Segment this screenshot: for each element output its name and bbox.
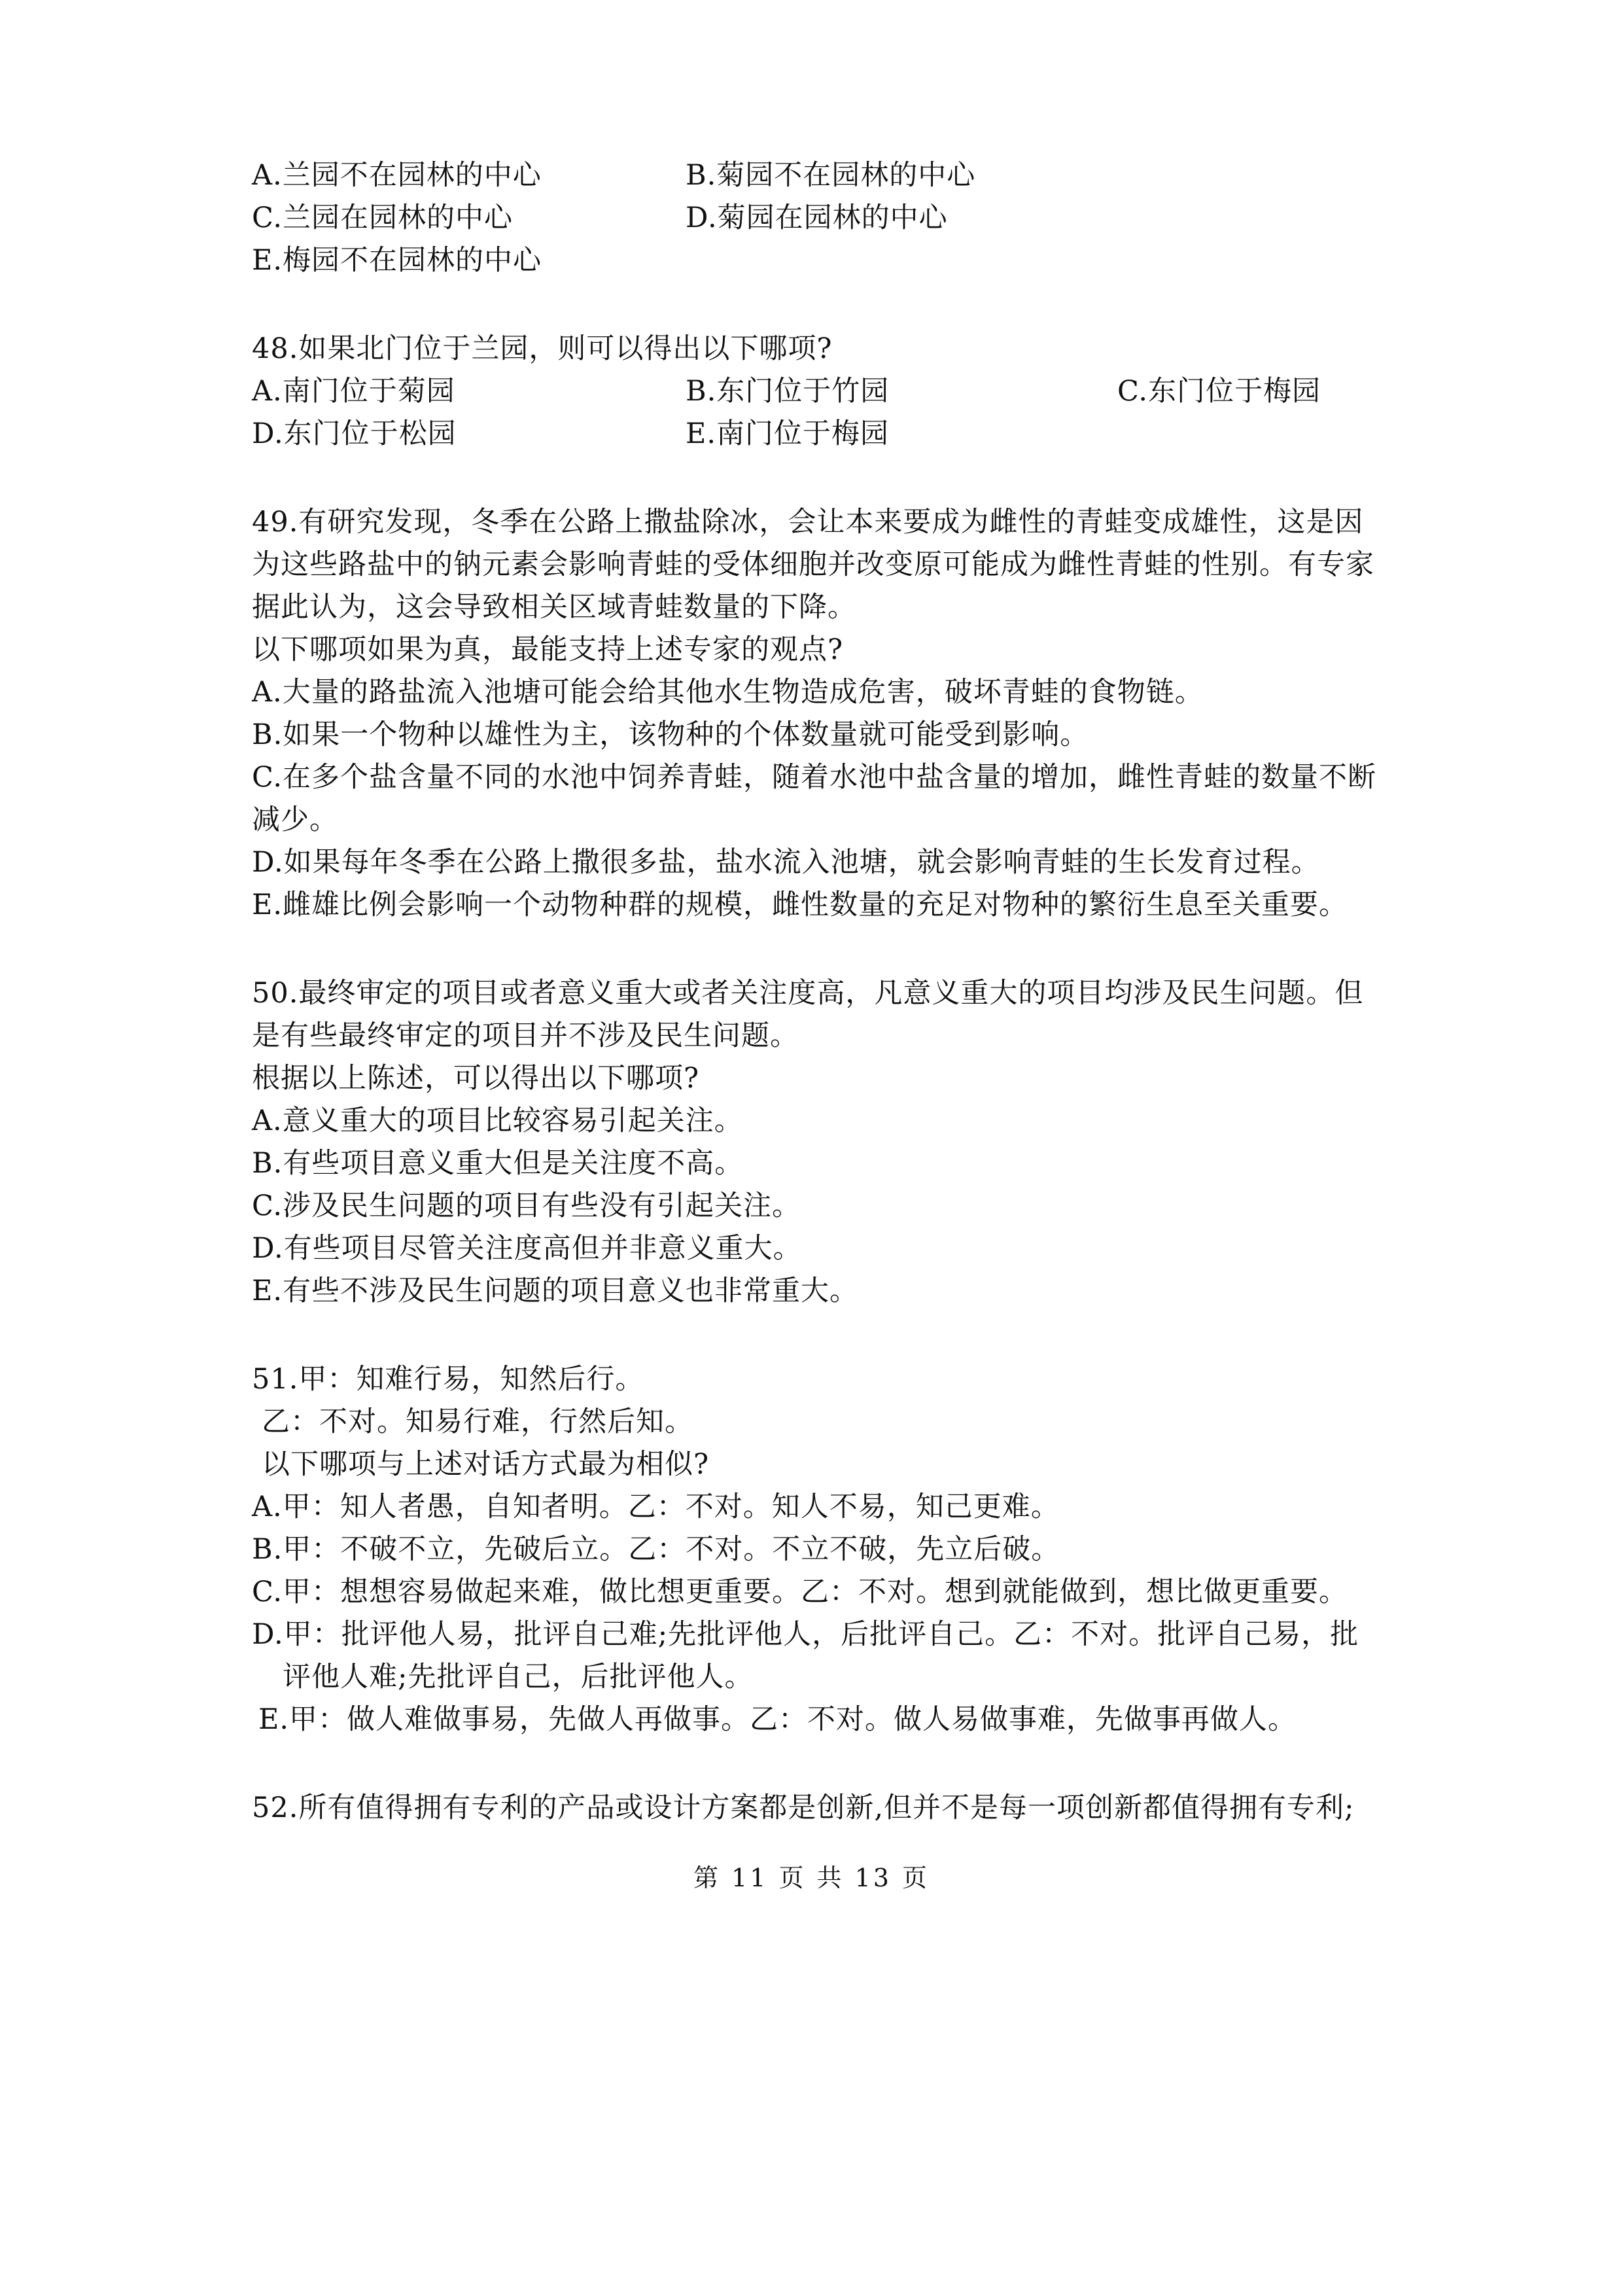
q48-option-d: D.东门位于松园 [252,415,457,452]
q48-option-e: E.南门位于梅园 [686,415,889,452]
q50-question: 根据以上陈述，可以得出以下哪项? [252,1060,699,1097]
q51-option-b: B.甲：不破不立，先破后立。乙：不对。不立不破，先立后破。 [252,1531,1060,1568]
q49-stem-line-3: 据此认为，这会导致相关区域青蛙数量的下降。 [252,589,856,626]
q49-option-b: B.如果一个物种以雄性为主，该物种的个体数量就可能受到影响。 [252,716,1089,753]
q50-option-b: B.有些项目意义重大但是关注度不高。 [252,1145,743,1182]
q50-stem-line-2: 是有些最终审定的项目并不涉及民生问题。 [252,1017,799,1054]
q47-option-b: B.菊园不在园林的中心 [686,157,975,194]
q49-stem-line-1: 49.有研究发现，冬季在公路上撒盐除冰，会让本来要成为雌性的青蛙变成雄性，这是因 [252,504,1363,540]
q51-option-d-line-1: D.甲：批评他人易，批评自己难;先批评他人，后批评自己。乙：不对。批评自己易，批 [252,1616,1359,1653]
q51-option-d-line-2: 评他人难;先批评自己，后批评他人。 [283,1659,754,1695]
q50-stem-line-1: 50.最终审定的项目或者意义重大或者关注度高，凡意义重大的项目均涉及民生问题。但 [252,975,1363,1012]
q49-option-c-line-1: C.在多个盐含量不同的水池中饲养青蛙，随着水池中盐含量的增加，雌性青蛙的数量不断 [252,759,1376,796]
q50-option-c: C.涉及民生问题的项目有些没有引起关注。 [252,1188,801,1224]
q50-option-e: E.有些不涉及民生问题的项目意义也非常重大。 [252,1273,858,1309]
q49-option-d: D.如果每年冬季在公路上撒很多盐，盐水流入池塘，就会影响青蛙的生长发育过程。 [252,844,1320,881]
q49-option-e: E.雌雄比例会影响一个动物种群的规模，雌性数量的充足对物种的繁衍生息至关重要。 [252,887,1348,923]
q47-option-a: A.兰园不在园林的中心 [252,157,542,194]
q51-stem-line-2: 乙：不对。知易行难，行然后知。 [262,1404,693,1440]
q51-option-c: C.甲：想想容易做起来难，做比想更重要。乙：不对。想到就能做到，想比做更重要。 [252,1574,1348,1610]
q51-stem-line-1: 51.甲：知难行易，知然后行。 [252,1361,644,1398]
q50-option-a: A.意义重大的项目比较容易引起关注。 [252,1103,743,1139]
q51-option-a: A.甲：知人者愚，自知者明。乙：不对。知人不易，知己更难。 [252,1489,1060,1525]
q50-option-d: D.有些项目尽管关注度高但并非意义重大。 [252,1230,802,1267]
q51-option-e: E.甲：做人难做事易，先做人再做事。乙：不对。做人易做事难，先做事再做人。 [258,1701,1297,1738]
q48-option-c: C.东门位于梅园 [1117,373,1321,410]
page-number-footer: 第 11 页 共 13 页 [0,1862,1623,1894]
q49-question: 以下哪项如果为真，最能支持上述专家的观点? [252,631,843,668]
q49-option-a: A.大量的路盐流入池塘可能会给其他水生物造成危害，破坏青蛙的食物链。 [252,674,1204,711]
q48-option-b: B.东门位于竹园 [686,373,889,410]
q47-option-d: D.菊园在园林的中心 [686,200,948,236]
q49-option-c-line-2: 减少。 [252,802,338,838]
q47-option-c: C.兰园在园林的中心 [252,200,513,236]
q48-stem: 48.如果北门位于兰园，则可以得出以下哪项? [252,330,832,367]
q48-option-a: A.南门位于菊园 [252,373,455,410]
q47-option-e: E.梅园不在园林的中心 [252,242,542,279]
q52-stem-line-1: 52.所有值得拥有专利的产品或设计方案都是创新,但并不是每一项创新都值得拥有专利… [252,1790,1355,1826]
q49-stem-line-2: 为这些路盐中的钠元素会影响青蛙的受体细胞并改变原可能成为雌性青蛙的性别。有专家 [252,546,1374,583]
q51-question: 以下哪项与上述对话方式最为相似? [262,1446,709,1483]
